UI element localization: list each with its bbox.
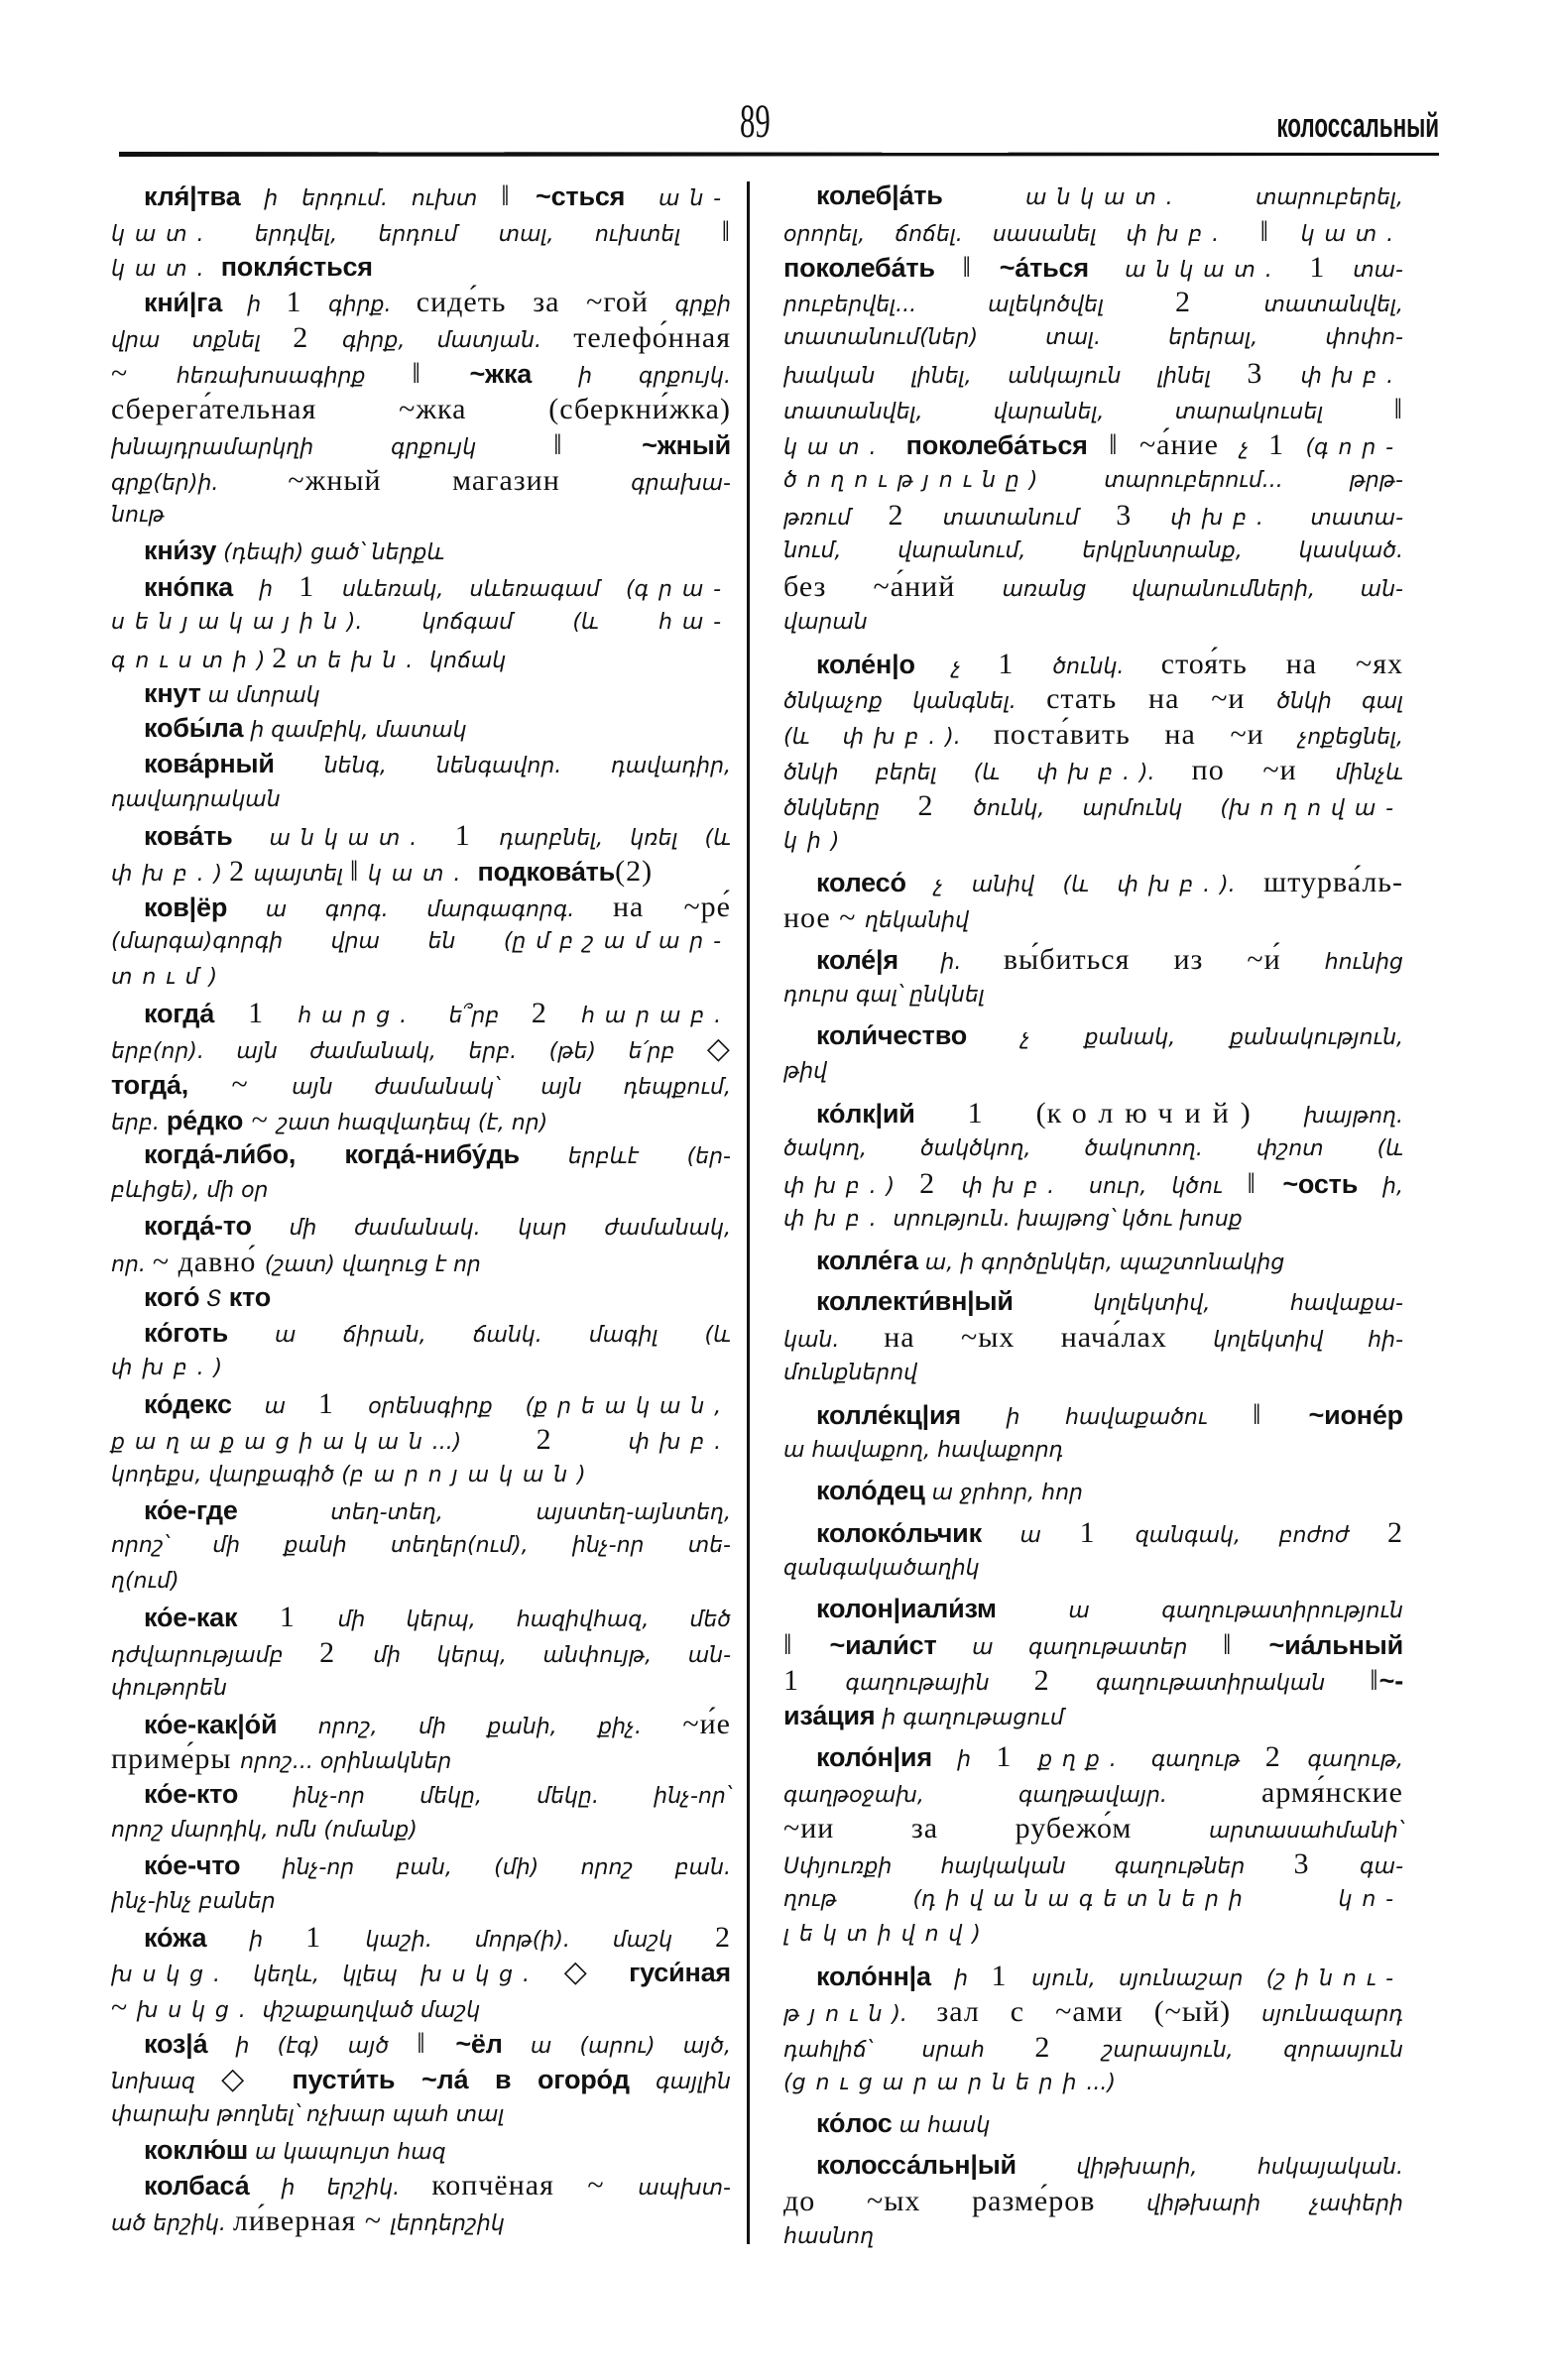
russian-text: 3 [1247, 357, 1300, 390]
armenian-text: գրք(եր)ի. [111, 471, 288, 496]
headword-text: ко́е-где [144, 1495, 238, 1525]
armenian-text: երդվել, երդում տալ, ուխտել [213, 222, 721, 247]
headword-text: ~иа́льный [1269, 1630, 1404, 1660]
armenian-text: ) [887, 1174, 920, 1199]
entry-line: кнут ա մտրակ [111, 676, 731, 712]
armenian-text: նոխազ [111, 2070, 221, 2094]
armenian-text: Տ [199, 1287, 229, 1312]
russian-text: до ~ых разме́ров [783, 2185, 1146, 2217]
armenian-text: ի զամբիկ, մատակ [243, 718, 466, 743]
armenian-text: որոշ... օրինակներ [240, 1749, 451, 1774]
entry-line: тогда́, ~ այն ժամանակ՝ այն դեպքում, [111, 1067, 731, 1103]
armenian-text: շատ հազվադեպ (է, որ) [277, 1111, 547, 1135]
grammar-label: անկատ. [233, 826, 427, 851]
grammar-label: անկատ. [943, 185, 1183, 210]
grammar-label: փխբ. [111, 862, 214, 887]
armenian-text: նենգ, նենգավոր. դավադիր, [275, 754, 731, 778]
headword-text: когда́-ли́бо, когда́-нибу́дь [144, 1139, 520, 1169]
armenian-text: դահլիճ՝ սրահ [783, 2038, 1034, 2063]
entry-line: սենյակային). կոճգամ (և հա- [111, 605, 731, 641]
entry-line: կատ. երդվել, երդում տալ, ուխտել ‖ [111, 214, 731, 250]
entry-line: զանգակածաղիկ [783, 1551, 1403, 1587]
armenian-text: վիթխարի չափերի [1146, 2192, 1403, 2216]
entry-line: кобы́ла ի զամբիկ, մատակ [111, 711, 731, 747]
entry-line: դուրս գալ՝ ընկնել [783, 978, 1403, 1013]
russian-text: ◇ [707, 1032, 731, 1065]
armenian-text: ա մտրակ [201, 683, 320, 708]
grammar-label: գրա- [635, 577, 731, 602]
russian-text: ‖ [1223, 1628, 1269, 1661]
russian-text: ‖ [1253, 1398, 1309, 1431]
armenian-text: կաշի. մորթ(ի). մաշկ [366, 1928, 715, 1953]
headword-text: коло́нн|а [816, 1962, 931, 1991]
headword-text: кова́рный [144, 749, 275, 778]
entry-line: հասնող [783, 2219, 1403, 2255]
column-divider [747, 181, 750, 2244]
dictionary-entry: коло́н|ия ի 1 քղք. գաղութ 2 գաղութ,գաղթօ… [783, 1739, 1403, 1953]
headword-text: коле́н|о [816, 650, 915, 679]
headword-text: поколеба́ться [886, 430, 1087, 460]
dictionary-entry: колоко́льчик ա 1 զանգակ, բոժոժ 2զանգակած… [783, 1515, 1403, 1587]
dictionary-entry: колосса́льн|ый վիթխարի, հսկայական.до ~ых… [783, 2148, 1403, 2254]
armenian-text: բևիցե), մի օր [111, 1178, 269, 1203]
russian-text: ‖ [1247, 1167, 1282, 1200]
russian-text: 1 [237, 1601, 337, 1633]
entry-line: ինչ-ինչ բաներ [111, 1884, 731, 1920]
entry-line: քաղաքացիական...) 2 փխբ. [111, 1422, 731, 1458]
dictionary-entry: кно́пка ի 1 սևեռակ, սևեռագամ (գրա-սենյակ… [111, 569, 731, 675]
entry-line: колон|иали́зм ա գաղութատիրություն [783, 1592, 1403, 1627]
headword-text: кто [229, 1282, 271, 1312]
armenian-text: տատա- [1273, 506, 1403, 531]
armenian-text: ) տարուբերում... թրթ- [1029, 468, 1403, 493]
headword-text: коли́чество [816, 1020, 967, 1050]
armenian-text: շարասյուն, զորասյուն [1102, 2038, 1403, 2063]
armenian-text: տատանվել, [1264, 293, 1404, 317]
armenian-text: տարուբերել, [1183, 185, 1403, 210]
entry-line: թռում 2 տատանում 3 փխբ. տատա- [783, 498, 1403, 534]
dictionary-entry: ко́лос ա հասկ [783, 2106, 1403, 2142]
russian-text: поста́вить на ~и [994, 718, 1299, 751]
russian-text: 1 [996, 1740, 1038, 1773]
armenian-text: ի երդում. ուխտ [240, 186, 501, 211]
entry-line: ծողությունը) տարուբերում... թրթ- [783, 463, 1403, 499]
armenian-text: երբ(որ). այն ժամանակ, երբ. (թե) ե՛րբ [111, 1039, 707, 1064]
headword-text: коле́|я [816, 945, 898, 975]
armenian-text: ղ(ում) [111, 1569, 179, 1594]
russian-text: армя́нские [1261, 1776, 1403, 1809]
entry-line: դավադրական [111, 782, 731, 818]
armenian-text: դուրս գալ՝ ընկնել [783, 983, 985, 1008]
russian-text: 3 [1293, 1847, 1360, 1880]
dictionary-entry: колесо́ չ անիվ (և փխբ.). штурва́ль-ное ~… [783, 865, 1403, 936]
grammar-label: գոր- [1314, 435, 1403, 460]
entry-line: (մարգա)գորգի վրա են (ըմբշամար- [111, 924, 731, 960]
armenian-text: մունքներով [783, 1361, 917, 1385]
dictionary-entry: когда́ 1 հարց. ե՞րբ 2 հարաբ.երբ(որ). այն… [111, 996, 731, 1137]
armenian-text: որոշ մարդիկ, ոմն (ոմանք) [111, 1818, 418, 1843]
armenian-text: ա հասկ [893, 2113, 991, 2138]
entry-line: колбаса́ ի երշիկ. копчёная ~ ապխտ- [111, 2168, 731, 2203]
grammar-label: գուստի [111, 649, 257, 673]
dictionary-entry: кова́рный նենգ, նենգավոր. դավադիր,դավադր… [111, 747, 731, 818]
entry-line: кля́|тва ի երդում. ուխտ ‖ ~сться ան- [111, 178, 731, 214]
armenian-text: ( [783, 2071, 792, 2095]
entry-line: ծակող, ծակծկող, ծակոտող. փշոտ (և [783, 1131, 1403, 1167]
grammar-label: հարաբ. [581, 1004, 731, 1028]
russian-text: ‖ [553, 428, 642, 461]
dictionary-entry: кни́зу (դեպի) ցած՝ ներքև [111, 534, 731, 569]
entry-line: поколеба́ть ‖ ~а́ться անկատ. 1 տա- [783, 250, 1403, 286]
grammar-label: կատ. [1301, 222, 1403, 247]
entry-line: (և փխբ.). поста́вить на ~и չոքեցնել, [783, 717, 1403, 753]
russian-text: ‖ [1229, 215, 1301, 248]
headword-text: ~иали́ст [830, 1630, 937, 1660]
armenian-text: ) [214, 1356, 223, 1380]
armenian-text: հունից [1325, 950, 1403, 975]
entry-line: որ. ~ давно́ (շատ) վաղուց է որ [111, 1245, 731, 1280]
entry-line: коз|а́ ի (էգ) այծ ‖ ~ёл ա (արու) այծ, [111, 2026, 731, 2062]
armenian-text: կոլեկտիվ հի- [1213, 1328, 1403, 1353]
grammar-label: ցուցարարների [792, 2071, 1087, 2095]
russian-text: 1 [426, 819, 499, 852]
armenian-text: ա կապույտ հազ [248, 2140, 446, 2165]
armenian-text: կոլեկտիվ, հավաքա- [1014, 1291, 1403, 1316]
entry-line: коле́|я ի. вы́биться из ~и́ հունից [783, 942, 1403, 978]
russian-text: без ~а́ний [783, 570, 1002, 603]
russian-text: по ~и [1192, 754, 1336, 786]
armenian-text: չոքեցնել, [1298, 725, 1403, 750]
entry-line: նութ [111, 498, 731, 534]
entry-line: ‖ ~иали́ст ա գաղութատեր ‖ ~иа́льный [783, 1627, 1403, 1663]
entry-line: коло́н|ия ի 1 քղք. գաղութ 2 գաղութ, [783, 1739, 1403, 1775]
armenian-text: տատանում [943, 506, 1117, 531]
armenian-text: մի կերպ, հազիվհազ, մեծ [337, 1607, 731, 1632]
entry-line: ~ հեռախոսագիրք ‖ ~жка ի գրքույկ. [111, 356, 731, 392]
entry-line: ко́е-как|о́й որոշ, մի քանի, քիչ. ~и́е [111, 1707, 731, 1742]
armenian-text: ինչ-որ բան, (մի) որոշ բան. [240, 1855, 731, 1880]
grammar-label: քրեական, [534, 1394, 731, 1419]
armenian-text: չ անիվ (և [906, 873, 1118, 897]
armenian-text: ի գրքույկ. [532, 364, 731, 389]
armenian-text: կոճակ [422, 649, 506, 673]
russian-text: ‖ [501, 179, 536, 212]
entry-line: ղ(ում) [111, 1564, 731, 1600]
grammar-label: փխբ. [1127, 222, 1230, 247]
russian-text: ‖ [935, 251, 1000, 284]
russian-text: ‖ ~а́ние [1088, 428, 1241, 461]
dictionary-entry: кля́|тва ի երդում. ուխտ ‖ ~сться ան-կատ.… [111, 178, 731, 285]
russian-text: 1 [991, 1960, 1031, 1992]
headword-text: колеб|а́ть [816, 180, 943, 210]
armenian-text: սևեռակ, սևեռագամ ( [342, 577, 635, 602]
headword-text: ко́декс [144, 1389, 232, 1419]
armenian-text: չ [1240, 435, 1268, 460]
armenian-text: (դեպի) ցած՝ ներքև [216, 540, 444, 565]
russian-text: сберега́тельная ~жка (сберкни́жка) [111, 393, 731, 425]
entry-line: до ~ых разме́ров վիթխարի չափերի [783, 2184, 1403, 2219]
dictionary-entry: кого́ Տ кто [111, 1280, 731, 1316]
entry-line: ко́готь ա ճիրան, ճանկ. մագիլ (և [111, 1316, 731, 1352]
russian-text: приме́ры [111, 1742, 240, 1775]
headword-text: кобы́ла [144, 713, 243, 743]
armenian-text: ղութ ( [783, 1887, 921, 1912]
dictionary-entry: кобы́ла ի զամբիկ, մատակ [111, 711, 731, 747]
dictionary-entry: колле́га ա, ի գործընկեր, պաշտոնակից [783, 1244, 1403, 1279]
dictionary-entry: кова́ть անկատ. 1 դարբնել, կռել (ևփխբ.) 2… [111, 818, 731, 890]
armenian-text: ի գաղութացում [875, 1706, 1063, 1730]
entry-line: ко́декс ա 1 օրենսգիրք (քրեական, [111, 1386, 731, 1422]
russian-text: 1 [998, 648, 1052, 680]
russian-text: сиде́ть за ~гой [417, 286, 675, 318]
armenian-text: ա ճիրան, ճանկ. մագիլ (և [228, 1323, 731, 1348]
dictionary-entry: колбаса́ ի երշիկ. копчёная ~ ապխտ-ած երշ… [111, 2168, 731, 2239]
entry-line: коклю́ш ա կապույտ հազ [111, 2133, 731, 2169]
armenian-text: (շատ) վաղուց է որ [265, 1252, 481, 1277]
armenian-text: դժվարությամբ [111, 1643, 319, 1668]
dictionary-entry: колон|иали́зм ա գաղութատիրություն‖ ~иали… [783, 1592, 1403, 1733]
dictionary-entry: когда́-ли́бо, когда́-нибу́дь երբևէ (եր-բ… [111, 1137, 731, 1209]
armenian-text: տատանվել, վարանել, տարակուսել [783, 400, 1394, 424]
spaced-russian-text: колючий [1047, 1097, 1241, 1130]
armenian-text: գրքի [675, 293, 731, 317]
armenian-text: տա- [1353, 258, 1403, 283]
armenian-text: ա գաղութատեր [937, 1635, 1223, 1660]
headword-text: ~- [1379, 1666, 1403, 1696]
grammar-label: կատ. [368, 862, 470, 887]
entry-line: ко́е-кто ինչ-որ մեկը, մեկը. ինչ-որ՝ [111, 1777, 731, 1813]
entry-line: приме́ры որոշ... օրինակներ [111, 1741, 731, 1777]
entry-line: кно́пка ի 1 սևեռակ, սևեռագամ (գրա- [111, 569, 731, 605]
headword-text: колле́кц|ия [816, 1400, 961, 1430]
entry-line: кни́зу (դեպի) ցած՝ ներքև [111, 534, 731, 569]
armenian-text: կեղև, կլեպ [230, 1963, 420, 1987]
armenian-text: երբևէ (եր- [520, 1144, 731, 1169]
headword-text: ков|ёр [144, 892, 227, 922]
right-column: колеб|а́ть անկատ. տարուբերել,օրորել, ճոճ… [783, 178, 1403, 2254]
armenian-text: կան. [783, 1328, 884, 1353]
russian-text: 2 [293, 321, 342, 354]
entry-line: без ~а́ний առանց վարանումների, ան- [783, 569, 1403, 605]
entry-line: ած երշիկ. ли́верная ~ լերդերշիկ [111, 2203, 731, 2239]
armenian-text: ծունկ. [1052, 654, 1160, 679]
armenian-text: փութորեն [111, 1676, 227, 1701]
entry-line: кова́рный նենգ, նենգավոր. դավադիր, [111, 747, 731, 782]
armenian-text: ծակող, ծակծկող, ծակոտող. փշոտ (և [783, 1136, 1403, 1161]
headword-text: коло́дец [816, 1476, 925, 1505]
russian-text: ~ии за рубежо́м [783, 1812, 1209, 1844]
entry-line: նոխազ ◇ пусти́ть ~ла́ в огоро́д գայլին [111, 2062, 731, 2097]
armenian-text: ինչ-որ մեկը, մեկը. ինչ-որ՝ [238, 1784, 731, 1809]
russian-text: 2 [715, 1921, 731, 1954]
headword-text: кого́ [144, 1282, 199, 1312]
russian-text: ~ [111, 1991, 137, 2024]
headword-text: кнут [144, 678, 201, 708]
armenian-text: ի [222, 293, 286, 317]
grammar-label: փխբ. [1170, 506, 1273, 531]
armenian-text: ). կոճգամ (և [347, 610, 658, 635]
entry-line: иза́ция ի գաղութացում [783, 1699, 1403, 1734]
armenian-text: կոդեքս, վարքագիծ ( [111, 1463, 350, 1487]
entry-line: նում, վարանում, երկընտրանք, կասկած. [783, 534, 1403, 569]
armenian-text: ...) [1086, 2071, 1116, 2095]
entry-line: դահլիճ՝ սրահ 2 շարասյուն, զորասյուն [783, 2030, 1403, 2066]
entry-line: ղութ (դիվանագետների կո- [783, 1882, 1403, 1918]
headword-text: колесо́ [816, 868, 906, 897]
armenian-text: որոշ՝ մի քանի տեղեր(ում), ինչ-որ տե- [111, 1533, 731, 1558]
entry-line: колоко́льчик ա 1 զանգակ, բոժոժ 2 [783, 1515, 1403, 1551]
armenian-text: ) [214, 862, 230, 887]
armenian-text: խայթող. [1304, 1104, 1403, 1129]
russian-text: (2) [615, 855, 653, 888]
headword-text: кля́|тва [144, 181, 240, 211]
entry-line: խսկց. կեղև, կլեպ խսկց. ◇ гуси́ная [111, 1955, 731, 1990]
russian-text: 1 [299, 570, 342, 603]
armenian-text: թռում [783, 506, 889, 531]
armenian-text: ի [932, 1747, 996, 1772]
armenian-text: ինչ-ինչ բաներ [111, 1889, 276, 1914]
armenian-text: ի (էգ) այծ [207, 2034, 417, 2059]
headword-text: подкова́ть [470, 857, 615, 887]
headword-text: ~ость [1282, 1169, 1358, 1199]
entry-line: ко́лос ա հասկ [783, 2106, 1403, 2142]
armenian-text: սրություն. խայթոց՝ կծու խոսք [887, 1207, 1243, 1232]
grammar-label: քղք. [1038, 1747, 1127, 1772]
armenian-text: րուբերվել... ալեկոծվել [783, 293, 1175, 317]
entry-line: լեկտիվով) [783, 1917, 1403, 1953]
russian-text: 2 [1387, 1516, 1403, 1549]
russian-text: телефо́нная [573, 321, 731, 354]
entry-line: փութորեն [111, 1671, 731, 1707]
entry-line: колле́кц|ия ի հավաքածու ‖ ~ионе́р [783, 1397, 1403, 1433]
entry-line: կի) [783, 824, 1403, 860]
russian-text: на ~ых нача́лах [884, 1321, 1213, 1354]
entry-line: Սփյուռքի հայկական գաղութներ 3 գա- [783, 1846, 1403, 1882]
russian-text: 1 [214, 997, 298, 1029]
grammar-label: անկատ. [1089, 258, 1282, 283]
armenian-text: սուր, կծու [1064, 1174, 1247, 1199]
armenian-text: խական լինել, անկայուն լինել [783, 364, 1247, 389]
armenian-text: սյունազարդ [1261, 2002, 1403, 2027]
dictionary-entry: коклю́ш ա կապույտ հազ [111, 2133, 731, 2169]
entry-line: երբ. ре́дко ~ շատ հազվադեպ (է, որ) [111, 1103, 731, 1138]
entry-line: коло́нн|а ի 1 սյուն, սյունաշար (շինու- [783, 1959, 1403, 1994]
dictionary-entry: кни́|га ի 1 գիրք. сиде́ть за ~гой գրքիվր… [111, 285, 731, 534]
russian-text: ‖ [417, 2027, 455, 2060]
russian-text: ~ [188, 1068, 292, 1101]
armenian-text: տեղ-տեղ, այստեղ-այնտեղ, [238, 1500, 731, 1525]
russian-text: 2 [1034, 1664, 1097, 1697]
russian-text: 1 [305, 1921, 365, 1954]
entry-line: փխբ.) [111, 1351, 731, 1386]
headword-text: кова́ть [144, 821, 233, 851]
entry-line: կան. на ~ых нача́лах կոլեկտիվ հի- [783, 1320, 1403, 1356]
russian-text: 2 [1175, 286, 1264, 318]
entry-line: когда́-то մի ժամանակ. կար ժամանակ, [111, 1209, 731, 1245]
armenian-text: ղեկանիվ [865, 908, 969, 933]
headword-text: коло́н|ия [816, 1742, 932, 1772]
headword-text: когда́ [144, 999, 214, 1028]
armenian-text: նութ [111, 503, 165, 528]
headword-text: кни́|га [144, 288, 222, 317]
headword-text: колосса́льн|ый [816, 2150, 1017, 2180]
russian-text: 1 [1268, 428, 1305, 461]
headword-text: ~а́ться [1000, 253, 1089, 283]
armenian-text: վրա տքնել [111, 328, 293, 353]
headword-text: ко́е-кто [144, 1779, 238, 1809]
grammar-label: խողովա- [1229, 796, 1403, 821]
entry-line: բևիցե), մի օր [111, 1173, 731, 1209]
armenian-text: Սփյուռքի հայկական գաղութներ [783, 1854, 1293, 1879]
headword-text: покля́сться [213, 252, 372, 282]
entry-line: ~ии за рубежо́м արտասահմանի՝ [783, 1811, 1403, 1846]
entry-line: ко́жа ի 1 կաշի. մորթ(ի). մաշկ 2 [111, 1920, 731, 1956]
entry-line: коллекти́вн|ый կոլեկտիվ, հավաքա- [783, 1284, 1403, 1320]
russian-text: копчёная ~ [431, 2169, 638, 2201]
armenian-text: ի, [1358, 1174, 1403, 1199]
entry-line: кни́|га ի 1 գիրք. сиде́ть за ~гой գրքի [111, 285, 731, 320]
armenian-text: ած երշիկ. [111, 2211, 233, 2236]
entry-line: խնայդրամարկղի գրքույկ ‖ ~жный [111, 427, 731, 463]
armenian-text: գաղութ, [1307, 1747, 1403, 1772]
entry-line: տատանում(ներ) տալ. երերալ, փոփո- [783, 320, 1403, 356]
russian-text: штурва́ль- [1263, 866, 1403, 898]
headword-text: кно́пка [144, 572, 233, 602]
armenian-text: հեռախոսագիրք [177, 364, 413, 389]
armenian-text: ե՞րբ [417, 1004, 532, 1028]
armenian-text: ա գորգ. մարգագորգ. [227, 897, 613, 922]
entry-line: ծնկի բերել (և փխբ.). по ~и մինչև [783, 753, 1403, 788]
grammar-label: ան- [625, 186, 731, 211]
grammar-label: կի [783, 829, 831, 854]
entry-line: դժվարությամբ 2 մի կերպ, անփույթ, ան- [111, 1635, 731, 1671]
dictionary-entry: ко́е-что ինչ-որ բան, (մի) որոշ բան.ինչ-ի… [111, 1848, 731, 1920]
armenian-text: գայլին [630, 2070, 731, 2094]
armenian-text: գաղութատիրական [1096, 1671, 1370, 1696]
russian-text: 2 [319, 1636, 373, 1669]
armenian-text: արտասահմանի՝ [1209, 1819, 1403, 1844]
entry-line: ծնկները 2 ծունկ, արմունկ (խողովա- [783, 788, 1403, 824]
headword-text: ко́лос [816, 2108, 893, 2138]
entry-line: кого́ Տ кто [111, 1280, 731, 1316]
grammar-label: փխբ. [1118, 873, 1221, 897]
headword-text: ко́е-как [144, 1603, 237, 1632]
dictionary-entry: ко́лк|ий 1 (колючий) խայթող.ծակող, ծակծկ… [783, 1096, 1403, 1238]
grammar-label: տեխն. [297, 649, 422, 673]
armenian-text: առանց վարանումների, ան- [1002, 577, 1403, 602]
entry-line: գաղթօջախ, գաղթավայր. армя́нские [783, 1775, 1403, 1811]
headword-text: ~жка [469, 359, 532, 389]
grammar-label: թյուն [783, 2002, 892, 2027]
grammar-label: փխբ. [1300, 364, 1403, 389]
entry-line: երբ(որ). այն ժամանակ, երբ. (թե) ե՛րբ ◇ [111, 1031, 731, 1067]
grammar-label: փխբ. [783, 1207, 887, 1232]
armenian-text: ). [1139, 761, 1192, 785]
armenian-text: ծնկի բերել (և [783, 761, 1036, 785]
grammar-label: փխբ. [783, 1174, 887, 1199]
entry-line: ծնկաչոք կանգնել. стать на ~и ծնկի գալ [783, 681, 1403, 717]
entry-line: ко́е-что ինչ-որ բան, (մի) որոշ բան. [111, 1848, 731, 1884]
armenian-text: պայտել [254, 862, 350, 887]
entry-line: 1 գաղութային 2 գաղութատիրական ‖~- [783, 1663, 1403, 1699]
grammar-label: խսկց. [137, 1998, 256, 2023]
entry-line: րուբերվել... ալեկոծվել 2 տատանվել, [783, 285, 1403, 320]
headword-text: ~жный [642, 430, 731, 460]
armenian-text: գաղութային [846, 1671, 1034, 1696]
grammar-label: կատ. [111, 222, 213, 247]
entry-line: ко́е-где տեղ-տեղ, այստեղ-այնտեղ, [111, 1493, 731, 1529]
russian-text: 2 [537, 1423, 629, 1456]
